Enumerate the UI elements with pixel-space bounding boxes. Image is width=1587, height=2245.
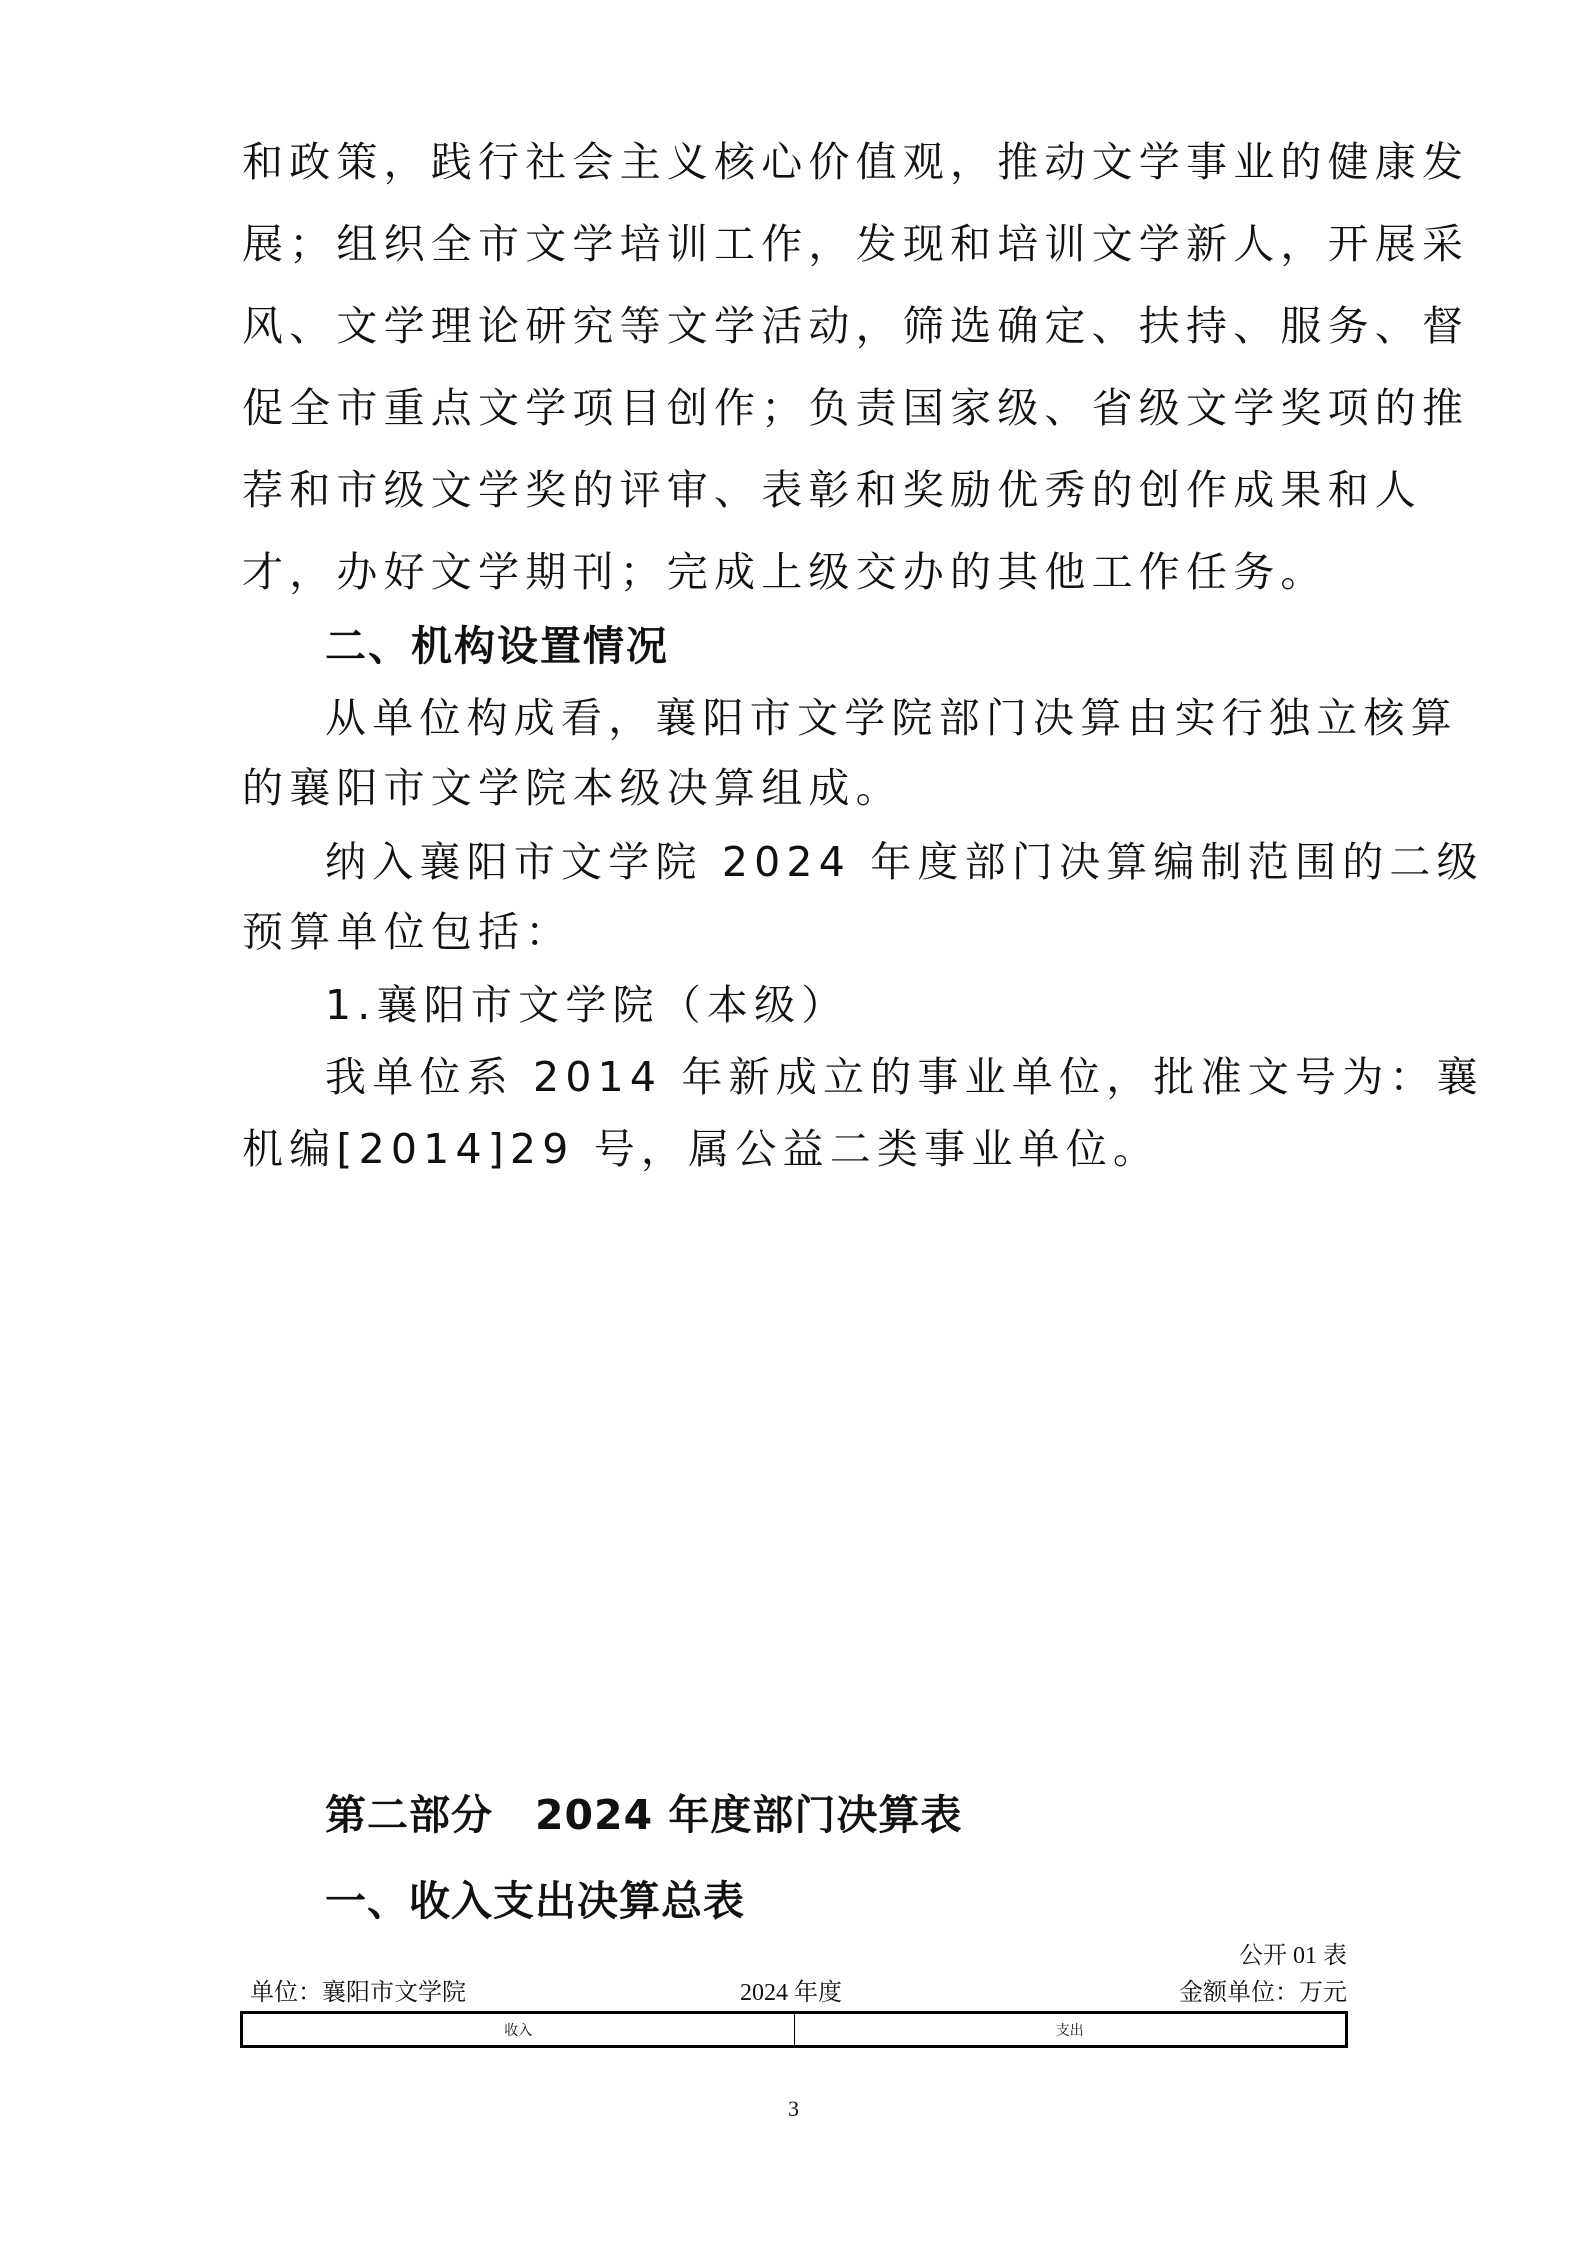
section-heading: 二、机构设置情况: [325, 621, 1355, 671]
body-line: 和政策，践行社会主义核心价值观，推动文学事业的健康发: [242, 137, 1352, 187]
body-line: 的襄阳市文学院本级决算组成。: [242, 763, 1352, 813]
body-line: 促全市重点文学项目创作；负责国家级、省级文学奖项的推: [242, 383, 1352, 433]
table-title: 一、收入支出决算总表: [325, 1868, 745, 1927]
document-page: 和政策，践行社会主义核心价值观，推动文学事业的健康发 展；组织全市文学培训工作，…: [0, 0, 1587, 2245]
body-line: 荐和市级文学奖的评审、表彰和奖励优秀的创作成果和人: [242, 465, 1352, 515]
column-header-income: 收入: [242, 2013, 795, 2047]
year-label: 2024 年度: [740, 1972, 842, 2007]
body-line: 展；组织全市文学培训工作，发现和培训文学新人，开展采: [242, 219, 1352, 269]
body-line: 纳入襄阳市文学院 2024 年度部门决算编制范围的二级: [325, 837, 1355, 887]
body-line: 风、文学理论研究等文学活动，筛选确定、扶持、服务、督: [242, 301, 1352, 351]
body-line: 我单位系 2014 年新成立的事业单位，批准文号为：襄: [325, 1052, 1355, 1102]
amount-unit-label: 金额单位：万元: [1179, 1972, 1347, 2007]
unit-label: 单位：襄阳市文学院: [250, 1972, 466, 2007]
column-header-expenditure: 支出: [794, 2013, 1347, 2047]
table-code: 公开 01 表: [1239, 1935, 1347, 1970]
body-line: 从单位构成看，襄阳市文学院部门决算由实行独立核算: [325, 693, 1355, 743]
body-line: 预算单位包括：: [242, 907, 1352, 957]
body-line: 机编[2014]29 号，属公益二类事业单位。: [242, 1124, 1352, 1174]
page-number: 3: [0, 2096, 1587, 2122]
income-expenditure-table: 收入 支出: [240, 2011, 1348, 2048]
part-title: 第二部分 2024 年度部门决算表: [325, 1782, 962, 1841]
unit-list-item: 1.襄阳市文学院（本级）: [325, 980, 1355, 1030]
body-line: 才，办好文学期刊；完成上级交办的其他工作任务。: [242, 547, 1352, 597]
